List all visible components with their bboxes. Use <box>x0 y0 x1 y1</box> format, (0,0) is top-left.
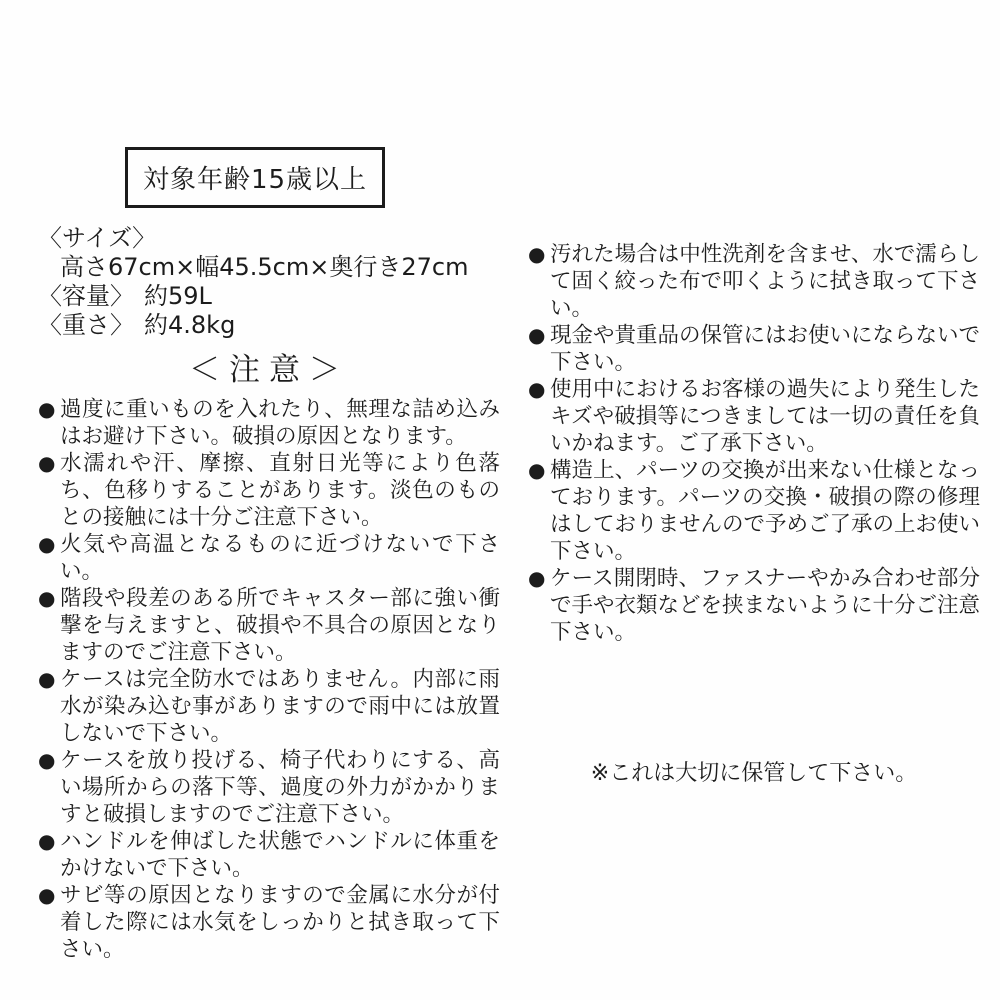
spec-size-value-line: 高さ67cm×幅45.5cm×奥行き27cm <box>38 253 508 282</box>
caution-item: ● ケース開閉時、ファスナーやかみ合わせ部分で手や衣類などを挟まないように十分ご… <box>528 565 980 646</box>
caution-item: ● サビ等の原因となりますので金属に水分が付着した際には水気をしっかりと拭き取っ… <box>38 882 500 963</box>
caution-item-text: ケースは完全防水ではありません。内部に雨水が染み込む事がありますので雨中には放置… <box>60 666 500 747</box>
caution-item: ● 過度に重いものを入れたり、無理な詰め込みはお避け下さい。破損の原因となります… <box>38 396 500 450</box>
caution-item: ● 水濡れや汗、摩擦、直射日光等により色落ち、色移りすることがあります。淡色のも… <box>38 450 500 531</box>
spec-size-label: 〈サイズ〉 <box>38 224 156 252</box>
product-specs: 〈サイズ〉 高さ67cm×幅45.5cm×奥行き27cm 〈容量〉約59L 〈重… <box>38 224 508 340</box>
caution-item: ● 使用中におけるお客様の過失により発生したキズや破損等につきましては一切の責任… <box>528 376 980 457</box>
caution-item-text: 階段や段差のある所でキャスター部に強い衝撃を与えますと、破損や不具合の原因となり… <box>60 585 500 666</box>
spec-weight-line: 〈重さ〉約4.8kg <box>38 311 508 340</box>
bullet-icon: ● <box>528 322 550 349</box>
bullet-icon: ● <box>38 396 60 423</box>
spec-capacity-label: 〈容量〉 <box>38 282 134 310</box>
caution-item: ● ハンドルを伸ばした状態でハンドルに体重をかけないで下さい。 <box>38 828 500 882</box>
keep-this-note: ※これは大切に保管して下さい。 <box>528 756 980 787</box>
spec-weight-label: 〈重さ〉 <box>38 311 134 339</box>
caution-item-text: ケースを放り投げる、椅子代わりにする、高い場所からの落下等、過度の外力がかかりま… <box>60 747 500 828</box>
caution-item-text: 構造上、パーツの交換が出来ない仕様となっております。パーツの交換・破損の際の修理… <box>550 457 980 565</box>
caution-item-text: 火気や高温となるものに近づけないで下さい。 <box>60 531 500 585</box>
spec-size-value: 高さ67cm×幅45.5cm×奥行き27cm <box>60 253 468 281</box>
caution-item-text: 汚れた場合は中性洗剤を含ませ、水で濡らして固く絞った布で叩くように拭き取って下さ… <box>550 241 980 322</box>
caution-heading: ＜注意＞ <box>38 344 500 389</box>
bullet-icon: ● <box>38 531 60 558</box>
caution-item: ● 汚れた場合は中性洗剤を含ませ、水で濡らして固く絞った布で叩くように拭き取って… <box>528 241 980 322</box>
caution-sheet-page: 対象年齢15歳以上 〈サイズ〉 高さ67cm×幅45.5cm×奥行き27cm 〈… <box>0 0 1000 1000</box>
spec-size-label-line: 〈サイズ〉 <box>38 224 508 253</box>
caution-list-right: ● 汚れた場合は中性洗剤を含ませ、水で濡らして固く絞った布で叩くように拭き取って… <box>528 241 980 646</box>
bullet-icon: ● <box>38 585 60 612</box>
age-restriction-label: 対象年齢15歳以上 <box>143 159 367 196</box>
caution-item-text: 過度に重いものを入れたり、無理な詰め込みはお避け下さい。破損の原因となります。 <box>60 396 500 450</box>
spec-capacity-line: 〈容量〉約59L <box>38 282 508 311</box>
caution-item-text: ハンドルを伸ばした状態でハンドルに体重をかけないで下さい。 <box>60 828 500 882</box>
bullet-icon: ● <box>38 666 60 693</box>
caution-item-text: サビ等の原因となりますので金属に水分が付着した際には水気をしっかりと拭き取って下… <box>60 882 500 963</box>
caution-item-text: 使用中におけるお客様の過失により発生したキズや破損等につきましては一切の責任を負… <box>550 376 980 457</box>
caution-item-text: 現金や貴重品の保管にはお使いにならないで下さい。 <box>550 322 980 376</box>
bullet-icon: ● <box>38 747 60 774</box>
caution-item: ● 構造上、パーツの交換が出来ない仕様となっております。パーツの交換・破損の際の… <box>528 457 980 565</box>
bullet-icon: ● <box>528 457 550 484</box>
spec-weight-value: 約4.8kg <box>144 311 235 339</box>
caution-item: ● ケースを放り投げる、椅子代わりにする、高い場所からの落下等、過度の外力がかか… <box>38 747 500 828</box>
caution-item: ● ケースは完全防水ではありません。内部に雨水が染み込む事がありますので雨中には… <box>38 666 500 747</box>
caution-item: ● 火気や高温となるものに近づけないで下さい。 <box>38 531 500 585</box>
spec-capacity-value: 約59L <box>144 282 212 310</box>
caution-list-left: ● 過度に重いものを入れたり、無理な詰め込みはお避け下さい。破損の原因となります… <box>38 396 500 963</box>
caution-item: ● 階段や段差のある所でキャスター部に強い衝撃を与えますと、破損や不具合の原因と… <box>38 585 500 666</box>
bullet-icon: ● <box>38 450 60 477</box>
bullet-icon: ● <box>528 241 550 268</box>
caution-item-text: ケース開閉時、ファスナーやかみ合わせ部分で手や衣類などを挟まないように十分ご注意… <box>550 565 980 646</box>
bullet-icon: ● <box>38 828 60 855</box>
bullet-icon: ● <box>528 376 550 403</box>
bullet-icon: ● <box>528 565 550 592</box>
caution-item: ● 現金や貴重品の保管にはお使いにならないで下さい。 <box>528 322 980 376</box>
bullet-icon: ● <box>38 882 60 909</box>
caution-item-text: 水濡れや汗、摩擦、直射日光等により色落ち、色移りすることがあります。淡色のものと… <box>60 450 500 531</box>
age-restriction-box: 対象年齢15歳以上 <box>125 147 385 208</box>
